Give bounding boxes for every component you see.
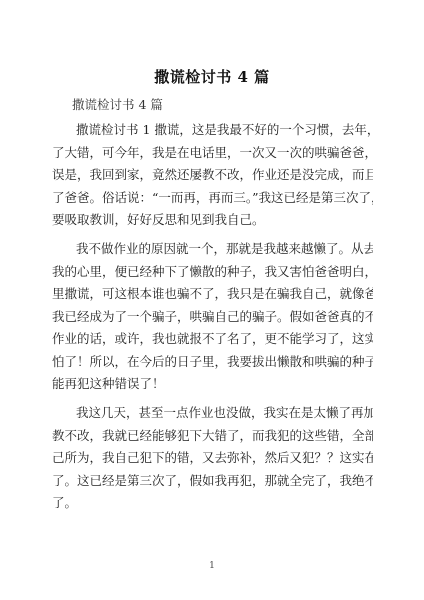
paragraph-3-line-1: 我这几天，甚至一点作业也没做，我实在是太懒了再加上我的屡 [76, 405, 373, 421]
paragraph-2-line-1: 我不做作业的原因就一个，那就是我越来越懒了。从去年开头， [76, 241, 373, 257]
document-page: 撒谎检讨书 4 篇 撒谎检讨书 4 篇 撒谎检讨书 1 撒谎，这是我最不好的一个… [0, 0, 424, 600]
paragraph-2-line-7: 能再犯这种错误了！ [52, 376, 373, 392]
paragraph-2-line-5: 作业的话，或许，我也就报不了名了，更不能学习了，这实在是太可 [52, 331, 373, 347]
paragraph-1-line-2: 了大错，可今年，我是在电话里，一次又一次的哄骗爸爸，更大的错 [52, 145, 373, 161]
document-subtitle: 撒谎检讨书 4 篇 [72, 95, 163, 113]
document-title: 撒谎检讨书 4 篇 [0, 66, 424, 87]
paragraph-1-line-4: 了爸爸。俗话说：“一而再，再而三。”我这已经是第三次了，我必需 [52, 190, 373, 206]
paragraph-3-line-4: 了。这已经是第三次了，假如我再犯，那就全完了，我绝不能在撒谎 [52, 473, 373, 489]
paragraph-2-line-4: 我已经成为了一个骗子，哄骗自己的骗子。假如爸爸真的不检查我的 [52, 309, 373, 325]
paragraph-2-line-3: 里撒谎，可这根本谁也骗不了，我只是在骗我自己，就像爸爸说的， [52, 286, 373, 302]
page-number: 1 [0, 561, 424, 571]
paragraph-2-line-6: 怕了！所以，在今后的日子里，我要拔出懒散和哄骗的种子，我绝不 [52, 354, 373, 370]
paragraph-3-line-2: 教不改，我就已经能够犯下大错了，而我犯的这些错，全部都是我自 [52, 428, 373, 444]
paragraph-2-line-2: 我的心里，便已经种下了懒散的种子，我又害怕爸爸明白，便在电话 [52, 264, 373, 280]
paragraph-1-line-1: 撒谎检讨书 1 撒谎，这是我最不好的一个习惯，去年，本就犯下 [76, 122, 373, 138]
paragraph-3-line-5: 了。 [52, 495, 373, 511]
paragraph-1-line-3: 误是，我回到家，竟然还屡教不改，作业还是没完成，而且，有哄骗 [52, 167, 373, 183]
paragraph-3-line-3: 己所为，我自己犯下的错，又去弥补，然后又犯？？这实在是太愚蠢 [52, 450, 373, 466]
paragraph-1-line-5: 要吸取教训，好好反思和见到我自己。 [52, 212, 373, 228]
